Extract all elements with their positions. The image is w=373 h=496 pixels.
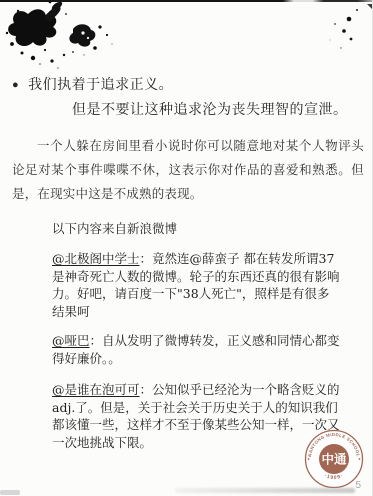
- weibo-post-colon: ：: [140, 251, 153, 266]
- seal-center-text: 中通: [321, 452, 347, 467]
- weibo-post-colon: ：: [90, 333, 103, 348]
- weibo-post-username: @北极阁中学士: [52, 251, 140, 266]
- page-corner-mark: [0, 490, 20, 495]
- weibo-post-username: @哑巴: [52, 333, 90, 348]
- weibo-post-username: @是谁在泡可可: [52, 382, 140, 397]
- weibo-post: @北极阁中学士：竟然连@薛蛮子 都在转发所谓37是神奇死亡人数的微博。轮子的东西…: [52, 250, 340, 320]
- opinion-line1-text: 我们执着于追求正义。: [28, 76, 173, 92]
- weibo-post: @是谁在泡可可：公知似乎已经沦为一个略含贬义的adj.了。但是，关于社会关于历史…: [52, 381, 340, 451]
- opinion-line-2: 但是不要让这种追求沦为丧失理智的宣泄。: [72, 98, 372, 121]
- weibo-section: 以下内容来自新浪微博 @北极阁中学士：竟然连@薛蛮子 都在转发所谓37是神奇死亡…: [52, 220, 340, 451]
- weibo-post: @哑巴：自从发明了微博转发，正义感和同情心都变得好廉价。。: [52, 332, 340, 367]
- page-number: 5: [355, 480, 361, 491]
- document-body: ●我们执着于追求正义。 但是不要让这种追求沦为丧失理智的宣泄。 一个人躲在房间里…: [0, 0, 372, 451]
- page: { "opinion": { "bullet": "●", "line1": "…: [0, 0, 373, 496]
- weibo-source-heading: 以下内容来自新浪微博: [52, 220, 340, 237]
- intro-paragraph: 一个人躲在房间里看小说时你可以随意地对某个人物评头论足对某个事件喋喋不休，这表示…: [12, 134, 364, 206]
- scan-shadow-artifact: [175, 488, 355, 493]
- opinion-line-1: ●我们执着于追求正义。: [12, 73, 372, 98]
- bullet-icon: ●: [12, 79, 19, 91]
- weibo-post-colon: ：: [140, 382, 153, 397]
